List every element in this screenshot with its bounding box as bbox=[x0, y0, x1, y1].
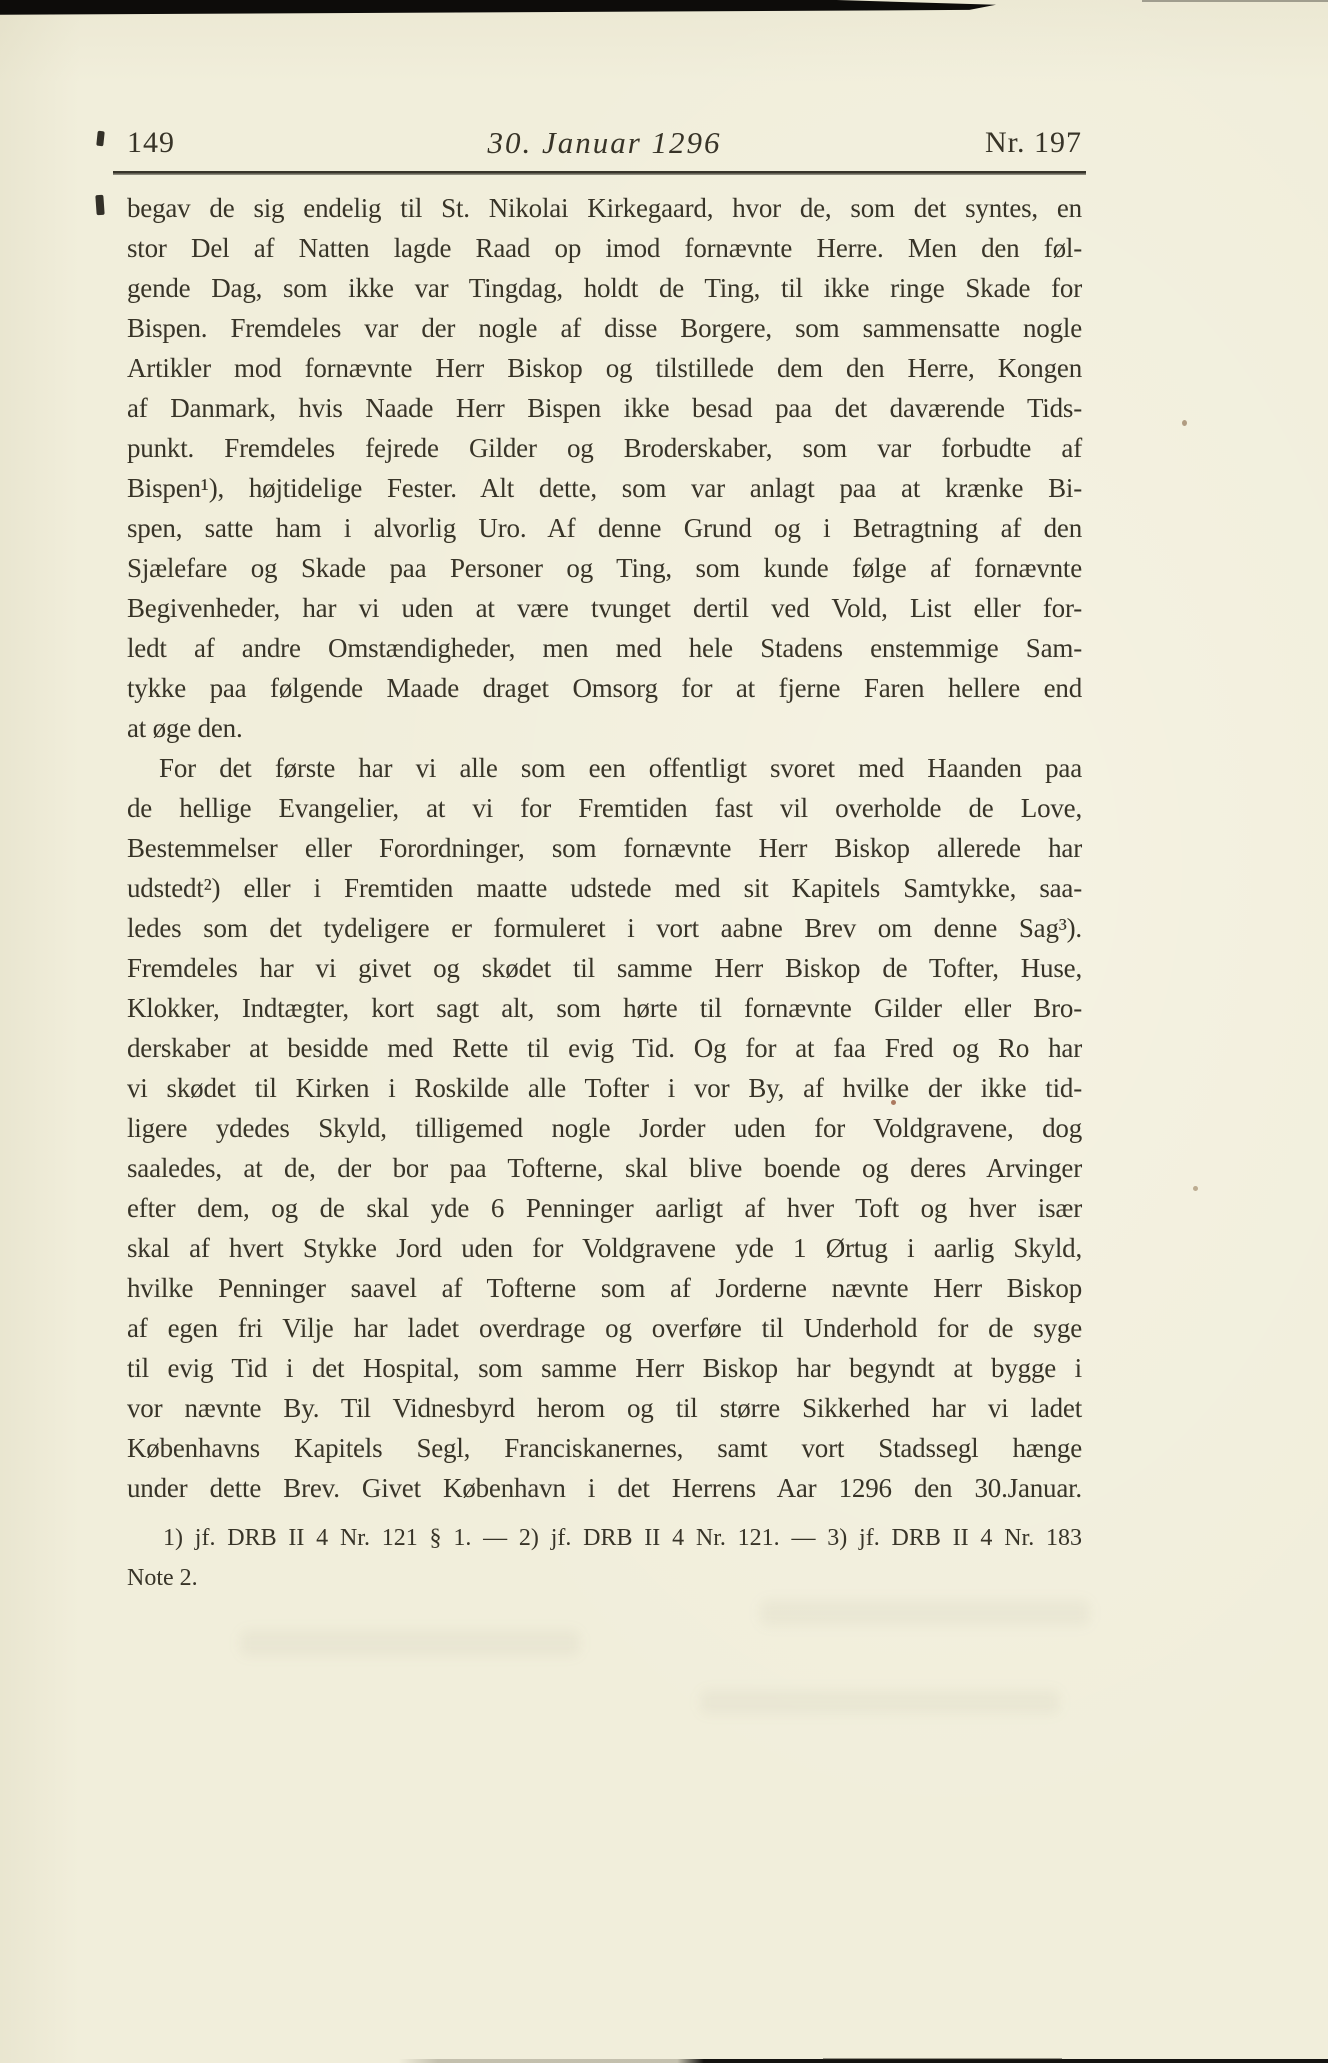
scan-artifact-bottom bbox=[0, 2057, 1328, 2063]
header-date: 30. Januar 1296 bbox=[487, 122, 721, 164]
text-line: ledt af andre Omstændigheder, men med he… bbox=[127, 628, 1082, 668]
text-line: stor Del af Natten lagde Raad op imod fo… bbox=[127, 228, 1082, 268]
text-line: vor nævnte By. Til Vidnesbyrd herom og t… bbox=[127, 1388, 1082, 1428]
text-line: skal af hvert Stykke Jord uden for Voldg… bbox=[127, 1228, 1082, 1268]
text-line: efter dem, og de skal yde 6 Penninger aa… bbox=[127, 1188, 1082, 1228]
paper-speck bbox=[891, 1100, 896, 1105]
footnotes: 1) jf. DRB II 4 Nr. 121 § 1. — 2) jf. DR… bbox=[127, 1520, 1082, 1600]
text-column: 149 30. Januar 1296 Nr. 197 begav de sig… bbox=[127, 0, 1082, 1600]
text-line: 1) jf. DRB II 4 Nr. 121 § 1. — 2) jf. DR… bbox=[127, 1520, 1082, 1560]
text-line: Note 2. bbox=[127, 1560, 1082, 1600]
scan-ink-mark bbox=[96, 131, 105, 147]
text-line: derskaber at besidde med Rette til evig … bbox=[127, 1028, 1082, 1068]
text-line: af egen fri Vilje har ladet overdrage og… bbox=[127, 1308, 1082, 1348]
paper-speck bbox=[1193, 1186, 1198, 1191]
text-line: at øge den. bbox=[127, 708, 1082, 748]
text-line: Begivenheder, har vi uden at være tvunge… bbox=[127, 588, 1082, 628]
page-header: 149 30. Januar 1296 Nr. 197 bbox=[127, 122, 1082, 164]
document-number: Nr. 197 bbox=[985, 122, 1082, 164]
text-line: Artikler mod fornævnte Herr Biskop og ti… bbox=[127, 348, 1082, 388]
text-line: For det første har vi alle som een offen… bbox=[127, 748, 1082, 788]
text-line: ligere ydedes Skyld, tilligemed nogle Jo… bbox=[127, 1108, 1082, 1148]
text-line: hvilke Penninger saavel af Tofterne som … bbox=[127, 1268, 1082, 1308]
text-line: af Danmark, hvis Naade Herr Bispen ikke … bbox=[127, 388, 1082, 428]
text-line: til evig Tid i det Hospital, som samme H… bbox=[127, 1348, 1082, 1388]
header-rule bbox=[113, 171, 1086, 175]
show-through-blotch bbox=[760, 1600, 1090, 1626]
text-line: Fremdeles har vi givet og skødet til sam… bbox=[127, 948, 1082, 988]
text-line: Bispen¹), højtidelige Fester. Alt dette,… bbox=[127, 468, 1082, 508]
text-line: under dette Brev. Givet København i det … bbox=[127, 1468, 1082, 1508]
text-line: Bispen. Fremdeles var der nogle af disse… bbox=[127, 308, 1082, 348]
text-line: udstedt²) eller i Fremtiden maatte udste… bbox=[127, 868, 1082, 908]
book-page: 149 30. Januar 1296 Nr. 197 begav de sig… bbox=[0, 0, 1328, 2063]
scan-ink-mark bbox=[95, 195, 104, 216]
text-line: begav de sig endelig til St. Nikolai Kir… bbox=[127, 188, 1082, 228]
body-text: begav de sig endelig til St. Nikolai Kir… bbox=[127, 188, 1082, 1508]
text-line: saaledes, at de, der bor paa Tofterne, s… bbox=[127, 1148, 1082, 1188]
text-line: Københavns Kapitels Segl, Franciskanerne… bbox=[127, 1428, 1082, 1468]
text-line: Bestemmelser eller Forordninger, som for… bbox=[127, 828, 1082, 868]
text-line: vi skødet til Kirken i Roskilde alle Tof… bbox=[127, 1068, 1082, 1108]
text-line: punkt. Fremdeles fejrede Gilder og Brode… bbox=[127, 428, 1082, 468]
text-line: de hellige Evangelier, at vi for Fremtid… bbox=[127, 788, 1082, 828]
text-line: ledes som det tydeligere er formuleret i… bbox=[127, 908, 1082, 948]
text-line: Sjælefare og Skade paa Personer og Ting,… bbox=[127, 548, 1082, 588]
text-line: tykke paa følgende Maade draget Omsorg f… bbox=[127, 668, 1082, 708]
show-through-blotch bbox=[240, 1630, 580, 1656]
paper-speck bbox=[1182, 420, 1187, 426]
page-number: 149 bbox=[127, 122, 175, 164]
text-line: Klokker, Indtægter, kort sagt alt, som h… bbox=[127, 988, 1082, 1028]
text-line: spen, satte ham i alvorlig Uro. Af denne… bbox=[127, 508, 1082, 548]
text-line: gende Dag, som ikke var Tingdag, holdt d… bbox=[127, 268, 1082, 308]
show-through-blotch bbox=[700, 1690, 1060, 1714]
